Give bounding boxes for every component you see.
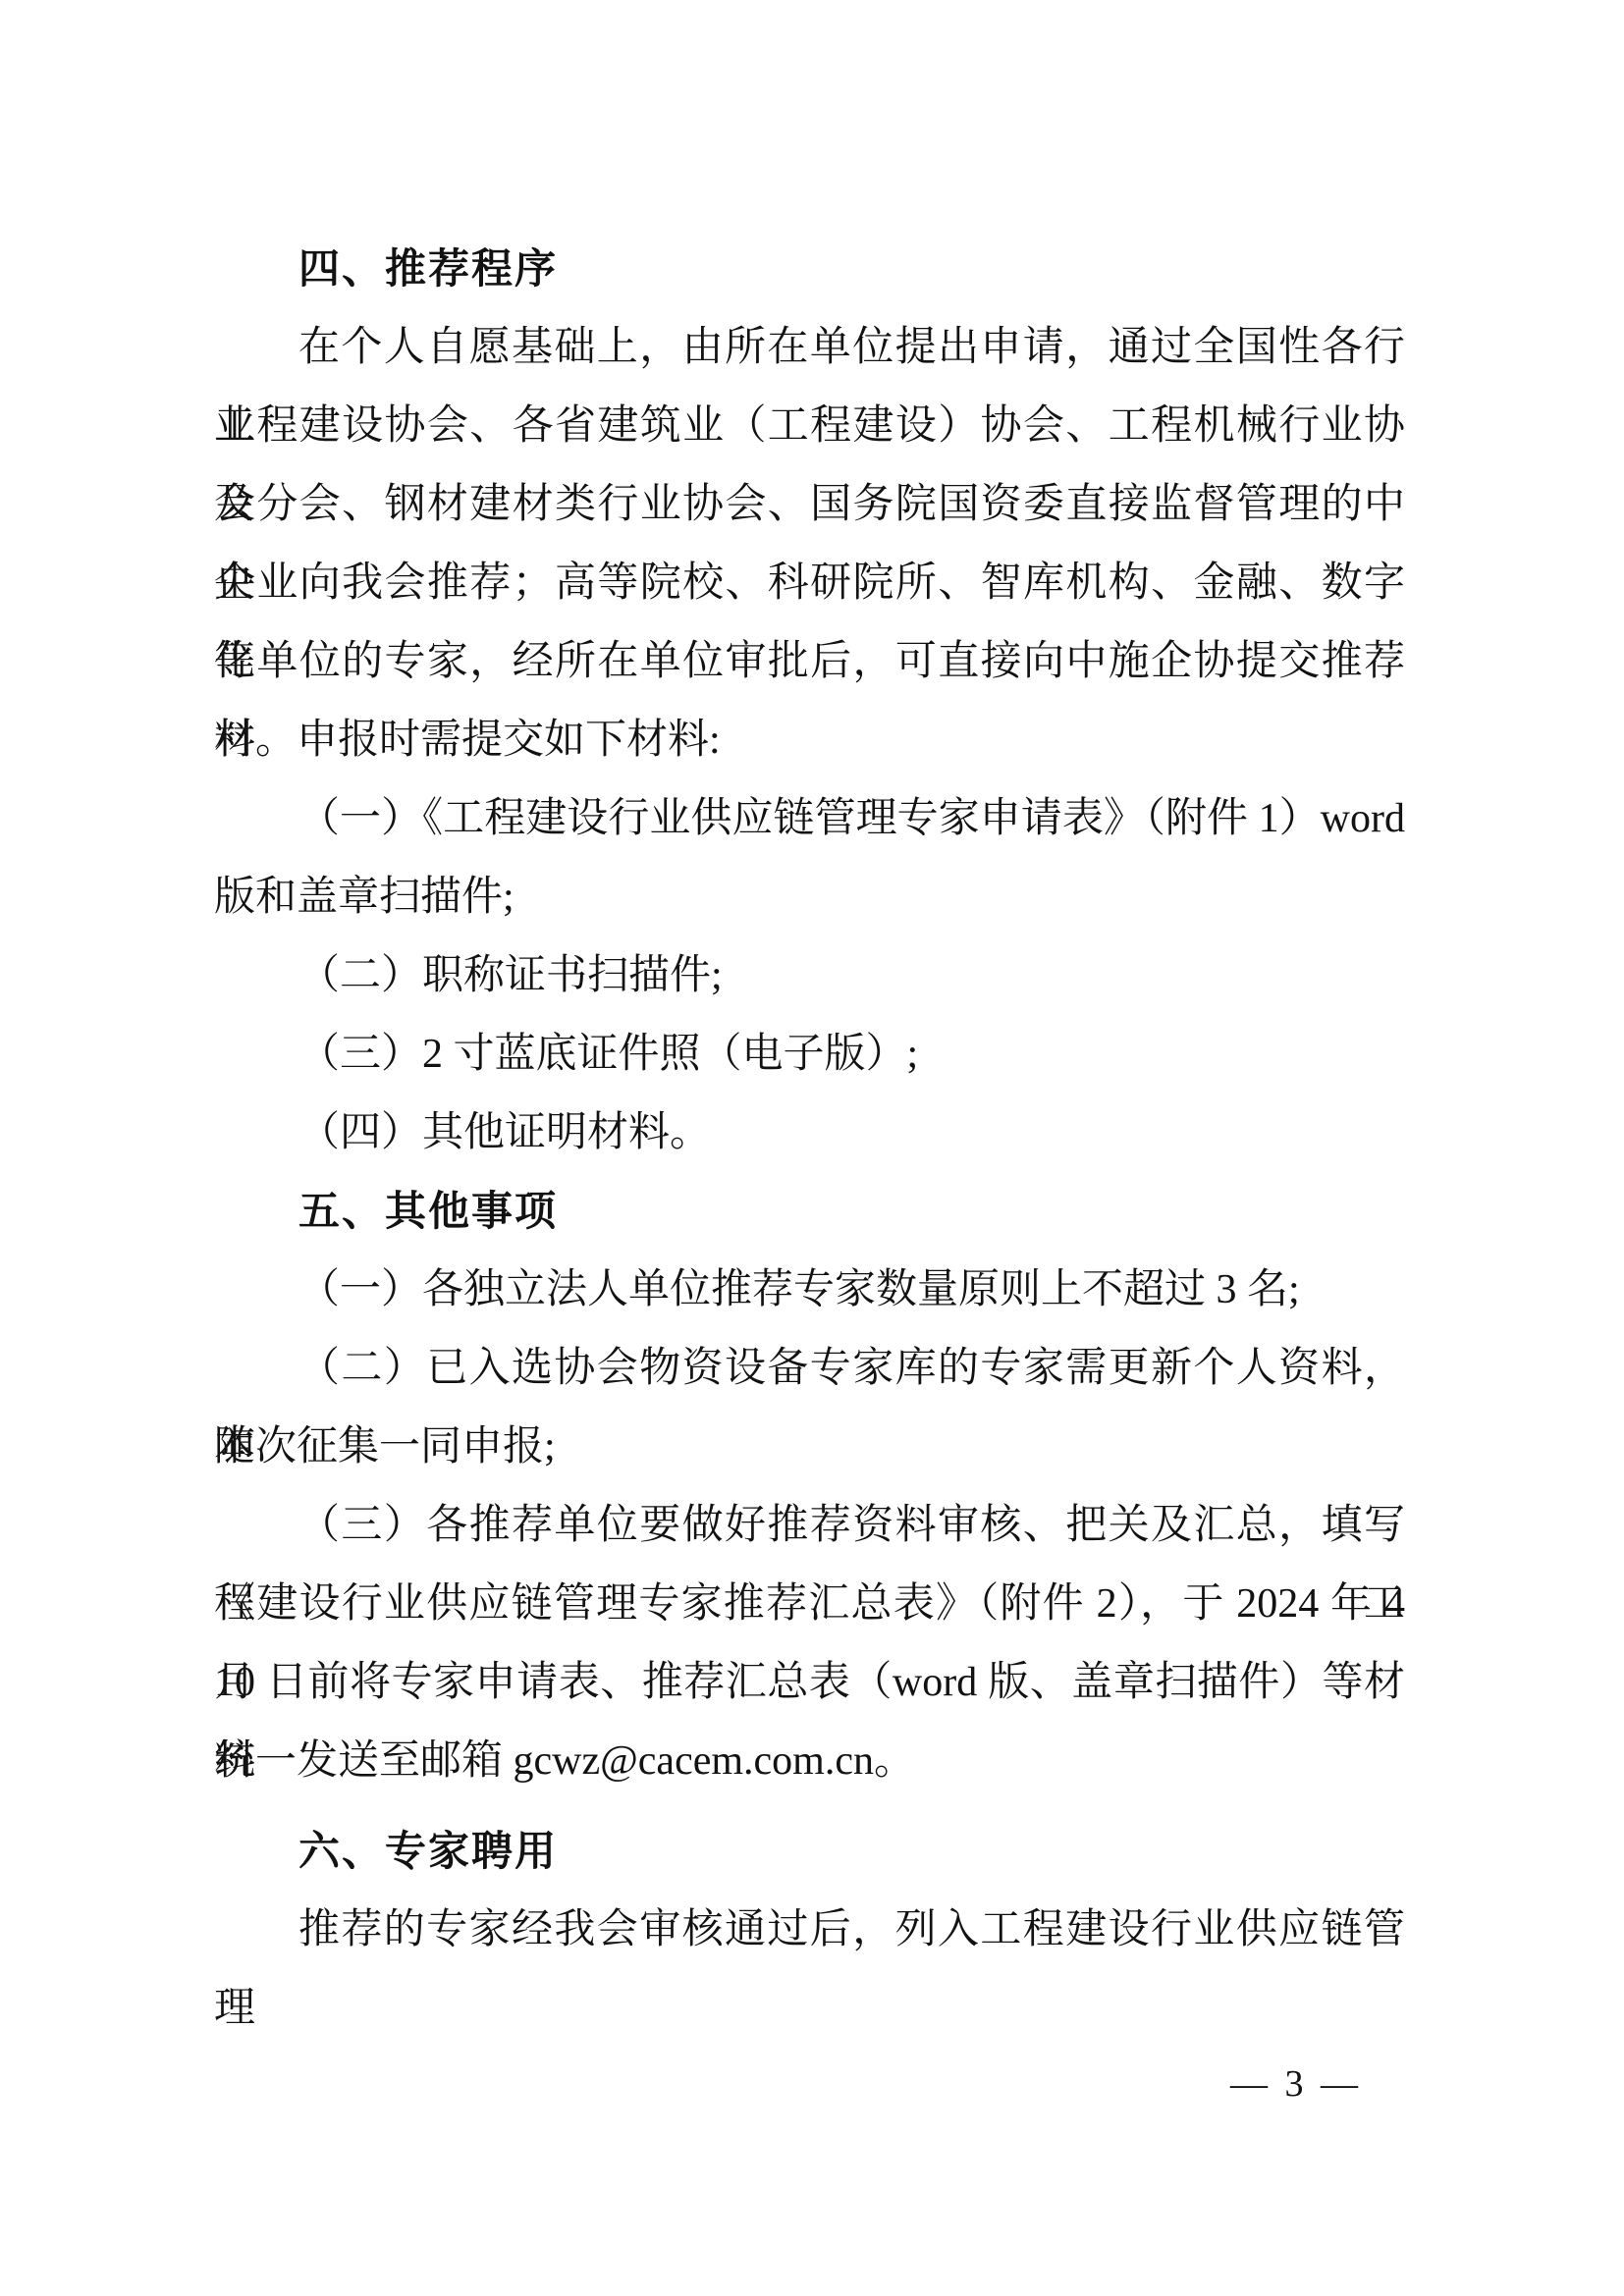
section5-item3-line: 统一发送至邮箱 gcwz@cacem.com.cn。: [214, 1722, 1405, 1800]
section5-item3-line: 10 日前将专家申请表、推荐汇总表（word 版、盖章扫描件）等材料: [214, 1643, 1405, 1722]
section4-paragraph-line: 企业向我会推荐；高等院校、科研院所、智库机构、金融、数字化: [214, 544, 1405, 622]
section5-item3-line: （三）各推荐单位要做好推荐资料审核、把关及汇总，填写《工: [214, 1486, 1405, 1565]
section5-item1-line: （一）各独立法人单位推荐专家数量原则上不超过 3 名;: [214, 1251, 1405, 1329]
page-number: — 3 —: [1149, 2061, 1443, 2107]
section5-item2-line: 本次征集一同申报;: [214, 1408, 1405, 1486]
document-page: 四、推荐程序 在个人自愿基础上，由所在单位提出申请，通过全国性各行业 工程建设协…: [0, 0, 1624, 2296]
document-body: 四、推荐程序 在个人自愿基础上，由所在单位提出申请，通过全国性各行业 工程建设协…: [214, 230, 1405, 1969]
section5-heading: 五、其他事项: [214, 1172, 1405, 1251]
section4-heading: 四、推荐程序: [214, 230, 1405, 308]
section4-paragraph-line: 工程建设协会、各省建筑业（工程建设）协会、工程机械行业协会: [214, 387, 1405, 465]
section4-item3-line: （三）2 寸蓝底证件照（电子版）;: [214, 1015, 1405, 1094]
section6-paragraph-line: 推荐的专家经我会审核通过后，列入工程建设行业供应链管理: [214, 1891, 1405, 1969]
section4-item1-line: 版和盖章扫描件;: [214, 858, 1405, 936]
section4-paragraph-line: 及分会、钢材建材类行业协会、国务院国资委直接监督管理的中央: [214, 465, 1405, 544]
section5-item3-line: 程建设行业供应链管理专家推荐汇总表》（附件 2），于 2024 年 4 月: [214, 1565, 1405, 1643]
section4-paragraph-line: 在个人自愿基础上，由所在单位提出申请，通过全国性各行业: [214, 308, 1405, 387]
section4-item2-line: （二）职称证书扫描件;: [214, 936, 1405, 1015]
section5-item2-line: （二）已入选协会物资设备专家库的专家需更新个人资料，随: [214, 1329, 1405, 1408]
section6-heading: 六、专家聘用: [214, 1812, 1405, 1891]
section4-item4-line: （四）其他证明材料。: [214, 1094, 1405, 1172]
section4-paragraph-line: 料。申报时需提交如下材料:: [214, 701, 1405, 779]
section4-item1-line: （一）《工程建设行业供应链管理专家申请表》（附件 1）word: [214, 779, 1405, 858]
section4-paragraph-line: 等单位的专家，经所在单位审批后，可直接向中施企协提交推荐材: [214, 622, 1405, 701]
